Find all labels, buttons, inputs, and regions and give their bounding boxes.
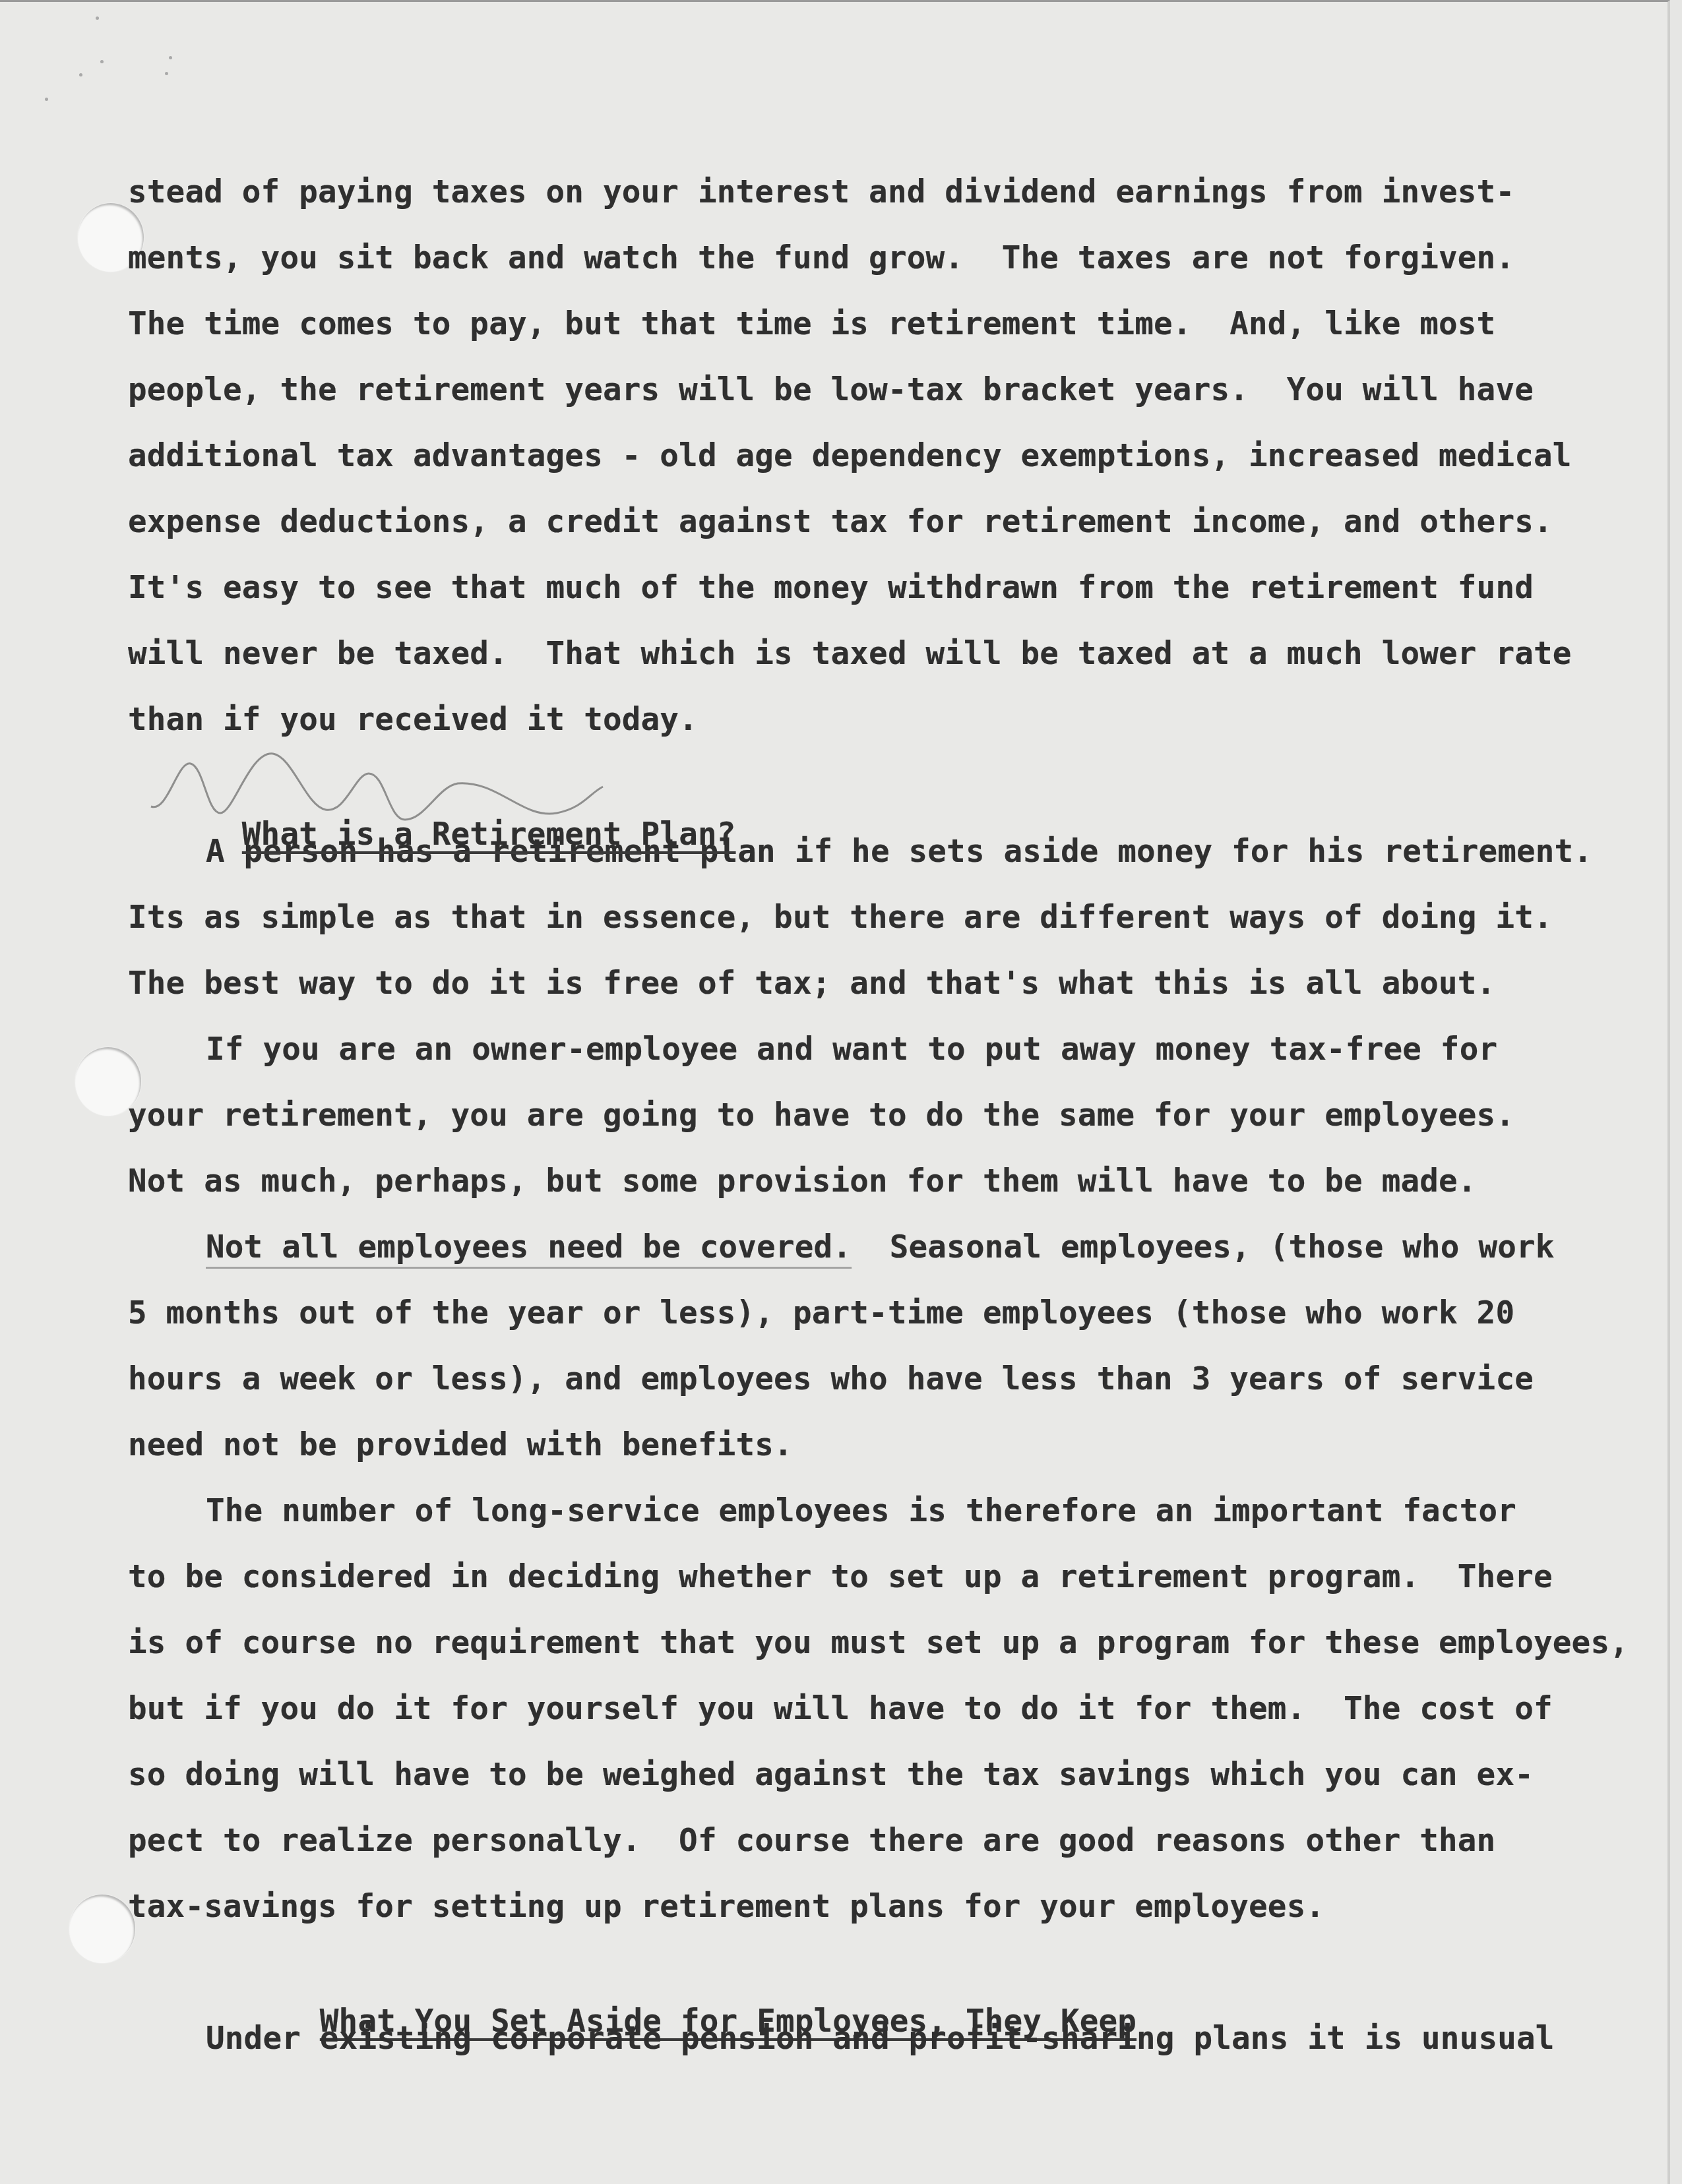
text-line: so doing will have to be weighed against… — [128, 1751, 1658, 1817]
text-line: to be considered in deciding whether to … — [128, 1553, 1658, 1619]
text-line: The best way to do it is free of tax; an… — [128, 959, 1658, 1025]
text-line: pect to realize personally. Of course th… — [128, 1817, 1658, 1883]
text-line: additional tax advantages - old age depe… — [128, 432, 1658, 498]
paper-speck — [169, 56, 172, 59]
text-line: need not be provided with benefits. — [128, 1421, 1658, 1487]
text-line: but if you do it for yourself you will h… — [128, 1685, 1658, 1751]
pencil-underlined-phrase: Not all employees need be covered. — [206, 1229, 852, 1265]
scanned-page: stead of paying taxes on your interest a… — [0, 0, 1670, 2184]
text-line: The time comes to pay, but that time is … — [128, 300, 1658, 366]
heading-text: What is a Retirement Plan? — [242, 816, 736, 853]
paper-speck — [100, 60, 104, 63]
text-line: Under existing corporate pension and pro… — [128, 2015, 1658, 2080]
text-line: The number of long-service employees is … — [128, 1487, 1658, 1553]
text-line-covered: Not all employees need be covered. Seaso… — [128, 1223, 1658, 1289]
text-line: expense deductions, a credit against tax… — [128, 498, 1658, 564]
text-line: is of course no requirement that you mus… — [128, 1619, 1658, 1685]
text-line: 5 months out of the year or less), part-… — [128, 1289, 1658, 1355]
text-line: ments, you sit back and watch the fund g… — [128, 234, 1658, 300]
text-line: your retirement, you are going to have t… — [128, 1091, 1658, 1157]
text-line: Its as simple as that in essence, but th… — [128, 894, 1658, 959]
text-line: tax-savings for setting up retirement pl… — [128, 1883, 1658, 1949]
text-line: It's easy to see that much of the money … — [128, 564, 1658, 630]
text-line: If you are an owner-employee and want to… — [128, 1025, 1658, 1091]
paper-speck — [45, 98, 48, 101]
paper-speck — [165, 72, 168, 75]
text-line: stead of paying taxes on your interest a… — [128, 168, 1658, 234]
paper-speck — [96, 16, 99, 20]
paper-speck — [79, 73, 82, 76]
text-line: than if you received it today. — [128, 696, 1658, 762]
text-line: will never be taxed. That which is taxed… — [128, 630, 1658, 696]
punch-hole-bottom — [69, 1895, 135, 1963]
text-fragment: Seasonal employees, (those who work — [852, 1229, 1555, 1265]
section-heading-retirement-plan: What is a Retirement Plan? — [128, 762, 1658, 828]
text-line: hours a week or less), and employees who… — [128, 1355, 1658, 1421]
text-line: Not as much, perhaps, but some provision… — [128, 1157, 1658, 1223]
text-line: people, the retirement years will be low… — [128, 366, 1658, 432]
section-heading-employees-keep: What You Set Aside for Employees, They K… — [128, 1949, 1658, 2015]
body-text: stead of paying taxes on your interest a… — [128, 168, 1658, 2080]
